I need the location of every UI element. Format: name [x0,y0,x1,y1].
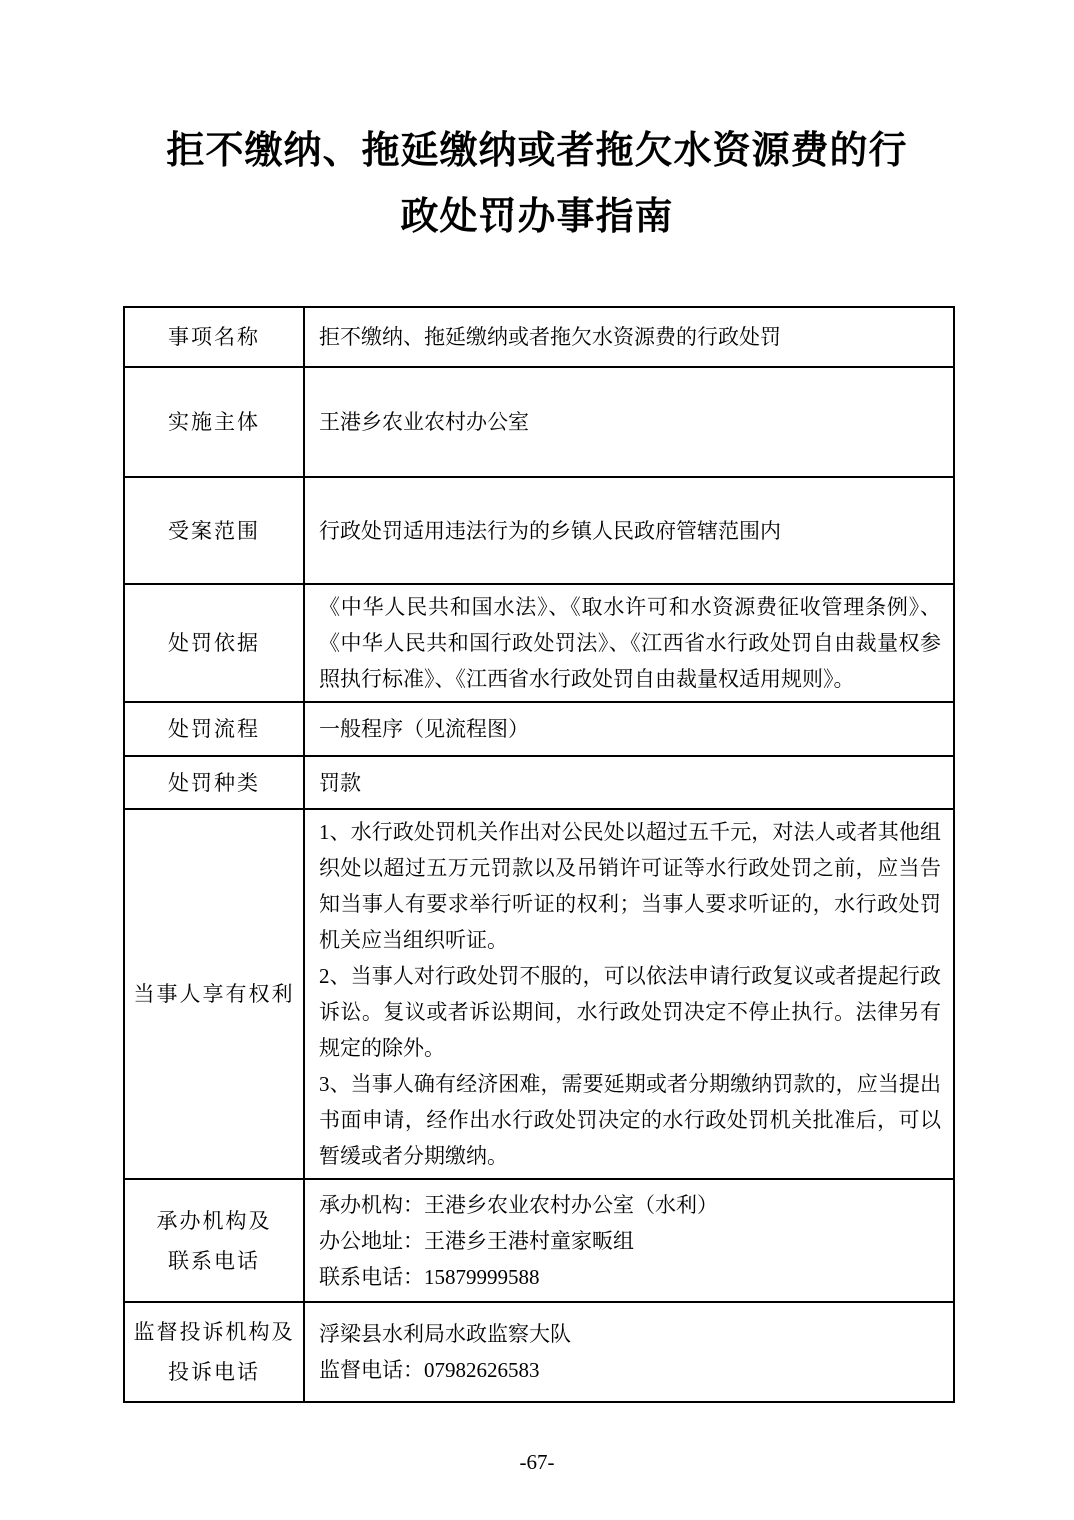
table-row: 实施主体 王港乡农业农村办公室 [124,367,954,477]
row-label-party-rights: 当事人享有权利 [124,809,304,1179]
row-label-implementing-body: 实施主体 [124,367,304,477]
row-content-party-rights: 1、水行政处罚机关作出对公民处以超过五千元，对法人或者其他组织处以超过五万元罚款… [304,809,954,1179]
supervision-agency-line: 浮梁县水利局水政监察大队 [319,1316,941,1352]
table-row: 监督投诉机构及 投诉电话 浮梁县水利局水政监察大队 监督电话：079826265… [124,1302,954,1402]
row-label-undertaking-agency: 承办机构及 联系电话 [124,1179,304,1302]
row-content-penalty-basis: 《中华人民共和国水法》、《取水许可和水资源费征收管理条例》、《中华人民共和国行政… [304,584,954,702]
contact-phone-line: 联系电话：15879999588 [319,1259,941,1295]
guide-table: 事项名称 拒不缴纳、拖延缴纳或者拖欠水资源费的行政处罚 实施主体 王港乡农业农村… [123,306,955,1403]
row-content-case-scope: 行政处罚适用违法行为的乡镇人民政府管辖范围内 [304,477,954,584]
supervision-phone-line: 监督电话：07982626583 [319,1352,941,1388]
document-page: 拒不缴纳、拖延缴纳或者拖欠水资源费的行 政处罚办事指南 事项名称 拒不缴纳、拖延… [0,0,1074,1520]
row-content-implementing-body: 王港乡农业农村办公室 [304,367,954,477]
table-row: 受案范围 行政处罚适用违法行为的乡镇人民政府管辖范围内 [124,477,954,584]
row-content-supervision-agency: 浮梁县水利局水政监察大队 监督电话：07982626583 [304,1302,954,1402]
party-rights-paragraph-1: 1、水行政处罚机关作出对公民处以超过五千元，对法人或者其他组织处以超过五万元罚款… [319,814,941,958]
row-content-penalty-process: 一般程序（见流程图） [304,702,954,756]
table-row: 处罚依据 《中华人民共和国水法》、《取水许可和水资源费征收管理条例》、《中华人民… [124,584,954,702]
office-address-line: 办公地址：王港乡王港村童家畈组 [319,1223,941,1259]
undertaking-agency-line: 承办机构：王港乡农业农村办公室（水利） [319,1187,941,1223]
row-label-item-name: 事项名称 [124,307,304,367]
table-row: 处罚流程 一般程序（见流程图） [124,702,954,756]
table-row: 当事人享有权利 1、水行政处罚机关作出对公民处以超过五千元，对法人或者其他组织处… [124,809,954,1179]
row-label-penalty-type: 处罚种类 [124,756,304,809]
row-label-case-scope: 受案范围 [124,477,304,584]
row-label-penalty-process: 处罚流程 [124,702,304,756]
row-content-undertaking-agency: 承办机构：王港乡农业农村办公室（水利） 办公地址：王港乡王港村童家畈组 联系电话… [304,1179,954,1302]
table-row: 事项名称 拒不缴纳、拖延缴纳或者拖欠水资源费的行政处罚 [124,307,954,367]
row-content-item-name: 拒不缴纳、拖延缴纳或者拖欠水资源费的行政处罚 [304,307,954,367]
row-content-penalty-type: 罚款 [304,756,954,809]
row-label-supervision-agency: 监督投诉机构及 投诉电话 [124,1302,304,1402]
table-row: 处罚种类 罚款 [124,756,954,809]
party-rights-paragraph-3: 3、当事人确有经济困难，需要延期或者分期缴纳罚款的，应当提出书面申请，经作出水行… [319,1066,941,1174]
party-rights-paragraph-2: 2、当事人对行政处罚不服的，可以依法申请行政复议或者提起行政诉讼。复议或者诉讼期… [319,958,941,1066]
table-row: 承办机构及 联系电话 承办机构：王港乡农业农村办公室（水利） 办公地址：王港乡王… [124,1179,954,1302]
row-label-penalty-basis: 处罚依据 [124,584,304,702]
page-title: 拒不缴纳、拖延缴纳或者拖欠水资源费的行 政处罚办事指南 [0,0,1074,250]
page-number: -67- [0,1450,1074,1475]
